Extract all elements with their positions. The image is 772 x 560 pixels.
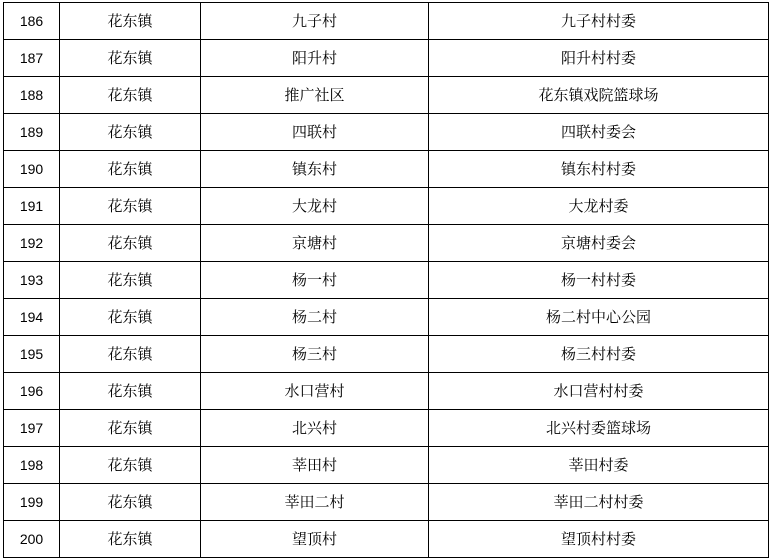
locations-table: 186 花东镇 九子村 九子村村委 187 花东镇 阳升村 阳升村村委 188 … (3, 2, 769, 558)
cell-location: 望顶村村委 (429, 521, 769, 558)
cell-town: 花东镇 (60, 336, 201, 373)
table-row: 195 花东镇 杨三村 杨三村村委 (4, 336, 769, 373)
cell-number: 189 (4, 114, 60, 151)
cell-location: 莘田村委 (429, 447, 769, 484)
cell-town: 花东镇 (60, 410, 201, 447)
cell-village: 九子村 (201, 3, 429, 40)
cell-town: 花东镇 (60, 447, 201, 484)
cell-location: 杨二村中心公园 (429, 299, 769, 336)
cell-village: 莘田二村 (201, 484, 429, 521)
cell-village: 水口营村 (201, 373, 429, 410)
cell-town: 花东镇 (60, 151, 201, 188)
cell-town: 花东镇 (60, 299, 201, 336)
cell-town: 花东镇 (60, 373, 201, 410)
cell-town: 花东镇 (60, 77, 201, 114)
cell-town: 花东镇 (60, 3, 201, 40)
cell-location: 九子村村委 (429, 3, 769, 40)
cell-number: 192 (4, 225, 60, 262)
cell-town: 花东镇 (60, 225, 201, 262)
cell-number: 186 (4, 3, 60, 40)
table-row: 189 花东镇 四联村 四联村委会 (4, 114, 769, 151)
cell-number: 194 (4, 299, 60, 336)
table-row: 186 花东镇 九子村 九子村村委 (4, 3, 769, 40)
cell-location: 花东镇戏院篮球场 (429, 77, 769, 114)
cell-town: 花东镇 (60, 188, 201, 225)
cell-number: 197 (4, 410, 60, 447)
cell-number: 200 (4, 521, 60, 558)
cell-village: 推广社区 (201, 77, 429, 114)
cell-village: 杨二村 (201, 299, 429, 336)
table-row: 196 花东镇 水口营村 水口营村村委 (4, 373, 769, 410)
cell-village: 北兴村 (201, 410, 429, 447)
cell-location: 镇东村村委 (429, 151, 769, 188)
table-row: 188 花东镇 推广社区 花东镇戏院篮球场 (4, 77, 769, 114)
table-row: 190 花东镇 镇东村 镇东村村委 (4, 151, 769, 188)
table-body: 186 花东镇 九子村 九子村村委 187 花东镇 阳升村 阳升村村委 188 … (4, 3, 769, 558)
table-row: 197 花东镇 北兴村 北兴村委篮球场 (4, 410, 769, 447)
cell-number: 195 (4, 336, 60, 373)
table-row: 200 花东镇 望顶村 望顶村村委 (4, 521, 769, 558)
cell-town: 花东镇 (60, 484, 201, 521)
cell-location: 杨三村村委 (429, 336, 769, 373)
table-row: 191 花东镇 大龙村 大龙村委 (4, 188, 769, 225)
cell-number: 199 (4, 484, 60, 521)
cell-number: 190 (4, 151, 60, 188)
table-row: 194 花东镇 杨二村 杨二村中心公园 (4, 299, 769, 336)
table-row: 199 花东镇 莘田二村 莘田二村村委 (4, 484, 769, 521)
cell-village: 阳升村 (201, 40, 429, 77)
cell-town: 花东镇 (60, 40, 201, 77)
cell-location: 四联村委会 (429, 114, 769, 151)
table-row: 192 花东镇 京塘村 京塘村委会 (4, 225, 769, 262)
cell-village: 大龙村 (201, 188, 429, 225)
cell-number: 191 (4, 188, 60, 225)
cell-number: 196 (4, 373, 60, 410)
cell-village: 望顶村 (201, 521, 429, 558)
cell-village: 京塘村 (201, 225, 429, 262)
cell-village: 镇东村 (201, 151, 429, 188)
cell-location: 北兴村委篮球场 (429, 410, 769, 447)
cell-number: 193 (4, 262, 60, 299)
cell-location: 莘田二村村委 (429, 484, 769, 521)
cell-village: 杨三村 (201, 336, 429, 373)
table-row: 193 花东镇 杨一村 杨一村村委 (4, 262, 769, 299)
cell-village: 四联村 (201, 114, 429, 151)
cell-number: 187 (4, 40, 60, 77)
table-row: 187 花东镇 阳升村 阳升村村委 (4, 40, 769, 77)
table-row: 198 花东镇 莘田村 莘田村委 (4, 447, 769, 484)
cell-village: 莘田村 (201, 447, 429, 484)
cell-town: 花东镇 (60, 262, 201, 299)
cell-town: 花东镇 (60, 521, 201, 558)
cell-location: 水口营村村委 (429, 373, 769, 410)
cell-town: 花东镇 (60, 114, 201, 151)
cell-number: 198 (4, 447, 60, 484)
cell-number: 188 (4, 77, 60, 114)
cell-location: 京塘村委会 (429, 225, 769, 262)
cell-location: 杨一村村委 (429, 262, 769, 299)
cell-location: 大龙村委 (429, 188, 769, 225)
cell-village: 杨一村 (201, 262, 429, 299)
cell-location: 阳升村村委 (429, 40, 769, 77)
